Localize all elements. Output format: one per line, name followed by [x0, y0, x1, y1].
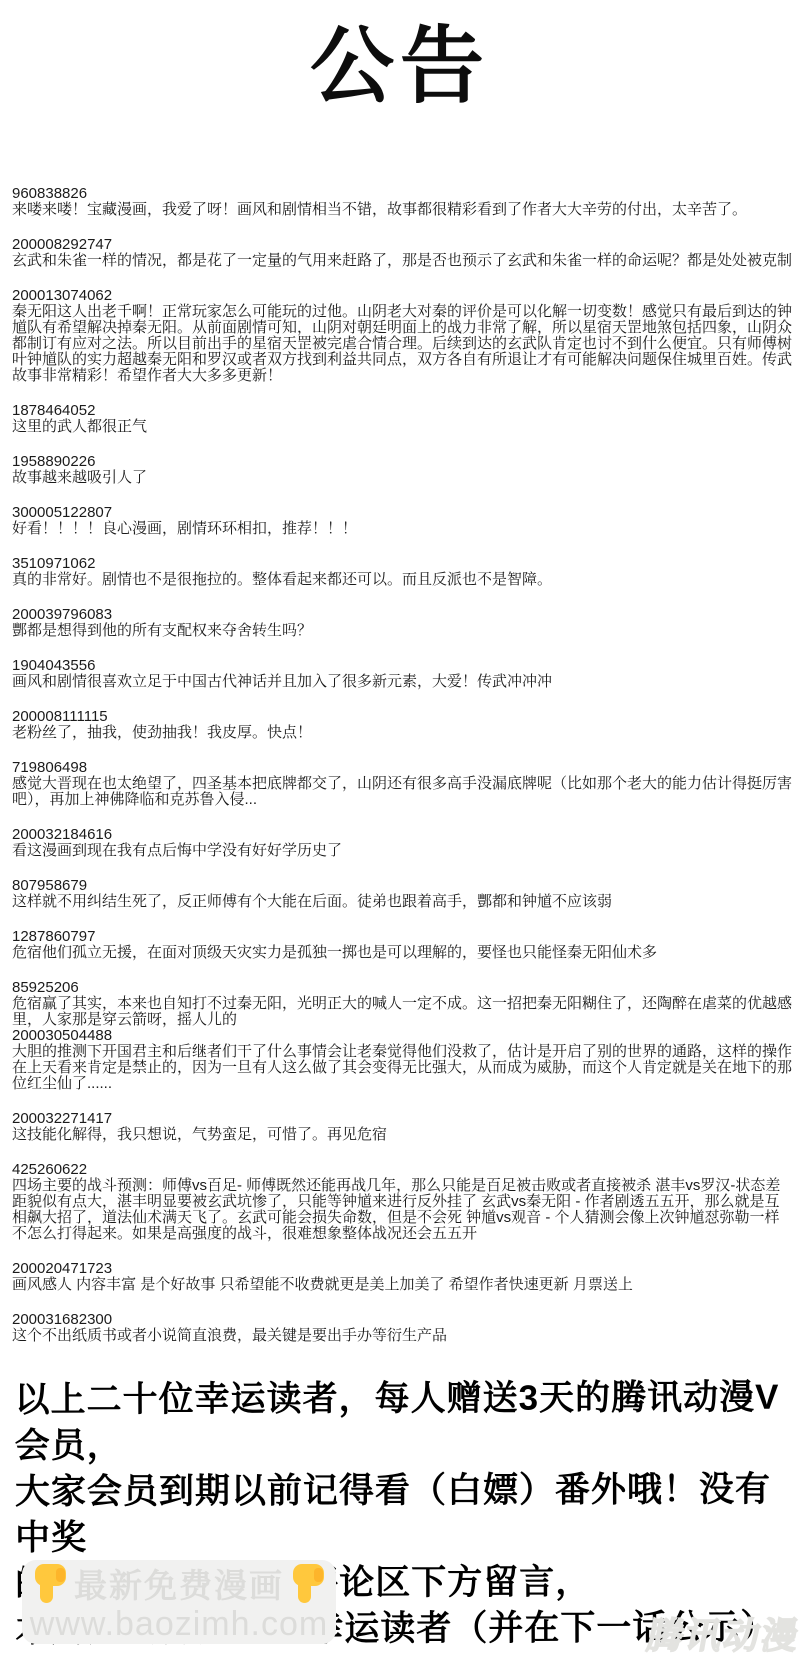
comment-text: 来喽来喽！宝藏漫画，我爱了呀！画风和剧情相当不错，故事都很精彩看到了作者大大辛劳… [12, 202, 792, 218]
tencent-comics-logo: 腾讯动漫 [643, 1608, 800, 1659]
comment-text: 危宿赢了其实，本来也自知打不过秦无阳，光明正大的喊人一定不成。这一招把秦无阳糊住… [12, 996, 792, 1028]
comment-item: 1287860797 危宿他们孤立无援，在面对顶级天灾实力是孤独一掷也是可以理解… [12, 929, 792, 961]
comment-text: 大胆的推测下开国君主和后继者们干了什么事情会让老秦觉得他们没救了，估计是开启了别… [12, 1044, 792, 1092]
comment-user-id: 425260622 [12, 1162, 792, 1178]
comment-item: 1958890226 故事越来越吸引人了 [12, 454, 792, 486]
comment-user-id: 1904043556 [12, 658, 792, 674]
comment-user-id: 200013074062 [12, 288, 792, 304]
comment-item: 1878464052 这里的武人都很正气 [12, 403, 792, 435]
comment-item: 200031682300 这个不出纸质书或者小说简直浪费，最关键是要出手办等衍生… [12, 1312, 792, 1344]
comment-text: 这样就不用纠结生死了，反正师傅有个大能在后面。徒弟也跟着高手，酆都和钟馗不应该弱 [12, 894, 792, 910]
comment-text: 这个不出纸质书或者小说简直浪费，最关键是要出手办等衍生产品 [12, 1328, 792, 1344]
comment-text: 好看！！！！良心漫画，剧情环环相扣，推荐！！！ [12, 521, 792, 537]
comment-item: 200020471723 画风感人 内容丰富 是个好故事 只希望能不收费就更是美… [12, 1261, 792, 1293]
page-title: 公告 [0, 16, 800, 116]
comment-text: 酆都是想得到他的所有支配权来夺舍转生吗？ [12, 623, 792, 639]
comment-user-id: 85925206 [12, 980, 792, 996]
comment-user-id: 1287860797 [12, 929, 792, 945]
comment-user-id: 200032184616 [12, 827, 792, 843]
comment-item: 200032184616 看这漫画到现在我有点后悔中学没有好好学历史了 [12, 827, 792, 859]
watermark-row: 最新免费漫画 [32, 1561, 326, 1605]
watermark-url: www.baozimh.com [30, 1605, 328, 1643]
watermark-label: 最新免费漫画 [74, 1560, 284, 1607]
comment-user-id: 200032271417 [12, 1111, 792, 1127]
comment-item: 807958679 这样就不用纠结生死了，反正师傅有个大能在后面。徒弟也跟着高手… [12, 878, 792, 910]
comment-text: 故事越来越吸引人了 [12, 470, 792, 486]
comment-user-id: 300005122807 [12, 505, 792, 521]
pointing-down-icon [32, 1562, 68, 1604]
comment-item: 200039796083 酆都是想得到他的所有支配权来夺舍转生吗？ [12, 607, 792, 639]
comment-item: 200008292747 玄武和朱雀一样的情况，都是花了一定量的气用来赶路了，那… [12, 237, 792, 269]
comment-text: 看这漫画到现在我有点后悔中学没有好好学历史了 [12, 843, 792, 859]
comment-user-id: 200039796083 [12, 607, 792, 623]
comment-user-id: 200008111115 [12, 709, 792, 725]
comment-item: 300005122807 好看！！！！良心漫画，剧情环环相扣，推荐！！！ [12, 505, 792, 537]
comment-list: 960838826 来喽来喽！宝藏漫画，我爱了呀！画风和剧情相当不错，故事都很精… [12, 186, 792, 1344]
comment-item: 200013074062 秦无阳这人出老千啊！正常玩家怎么可能玩的过他。山阴老大… [12, 288, 792, 384]
comment-text: 四场主要的战斗预测：师傅vs百足- 师傅既然还能再战几年，那么只能是百足被击败或… [12, 1178, 792, 1242]
comment-user-id: 1878464052 [12, 403, 792, 419]
comment-user-id: 200020471723 [12, 1261, 792, 1277]
comment-text: 画风和剧情很喜欢立足于中国古代神话并且加入了很多新元素，大爱！传武冲冲冲 [12, 674, 792, 690]
pointing-down-icon [290, 1562, 326, 1604]
comment-item: 200032271417 这技能化解得，我只想说，气势蛮足，可惜了。再见危宿 [12, 1111, 792, 1143]
comment-user-id: 200030504488 [12, 1028, 792, 1044]
comment-text: 画风感人 内容丰富 是个好故事 只希望能不收费就更是美上加美了 希望作者快速更新… [12, 1277, 792, 1293]
comment-user-id: 200008292747 [12, 237, 792, 253]
comment-text: 老粉丝了，抽我，使劲抽我！我皮厚。快点！ [12, 725, 792, 741]
comment-text: 这里的武人都很正气 [12, 419, 792, 435]
comment-text: 这技能化解得，我只想说，气势蛮足，可惜了。再见危宿 [12, 1127, 792, 1143]
comment-user-id: 200031682300 [12, 1312, 792, 1328]
comment-item: 960838826 来喽来喽！宝藏漫画，我爱了呀！画风和剧情相当不错，故事都很精… [12, 186, 792, 218]
comment-text: 危宿他们孤立无援，在面对顶级天灾实力是孤独一掷也是可以理解的，要怪也只能怪秦无阳… [12, 945, 792, 961]
comment-text: 真的非常好。剧情也不是很拖拉的。整体看起来都还可以。而且反派也不是智障。 [12, 572, 792, 588]
comment-text: 玄武和朱雀一样的情况，都是花了一定量的气用来赶路了，那是否也预示了玄武和朱雀一样… [12, 253, 792, 269]
comment-item: 1904043556 画风和剧情很喜欢立足于中国古代神话并且加入了很多新元素，大… [12, 658, 792, 690]
comment-item: 85925206 危宿赢了其实，本来也自知打不过秦无阳，光明正大的喊人一定不成。… [12, 980, 792, 1028]
watermark: 最新免费漫画 www.baozimh.com [22, 1560, 336, 1644]
comment-item: 719806498 感觉大晋现在也太绝望了，四圣基本把底牌都交了，山阴还有很多高… [12, 760, 792, 808]
lucky-notice-line: 大家会员到期以前记得看（白嫖）番外哦！没有中奖 [15, 1467, 785, 1562]
comment-text: 感觉大晋现在也太绝望了，四圣基本把底牌都交了，山阴还有很多高手没漏底牌呢（比如那… [12, 776, 792, 808]
comment-text: 秦无阳这人出老千啊！正常玩家怎么可能玩的过他。山阴老大对秦的评价是可以化解一切变… [12, 304, 792, 384]
comment-user-id: 807958679 [12, 878, 792, 894]
comment-user-id: 1958890226 [12, 454, 792, 470]
comment-item: 200030504488 大胆的推测下开国君主和后继者们干了什么事情会让老秦觉得… [12, 1028, 792, 1092]
comment-item: 3510971062 真的非常好。剧情也不是很拖拉的。整体看起来都还可以。而且反… [12, 556, 792, 588]
comment-item: 200008111115 老粉丝了，抽我，使劲抽我！我皮厚。快点！ [12, 709, 792, 741]
comment-user-id: 960838826 [12, 186, 792, 202]
comment-item: 425260622 四场主要的战斗预测：师傅vs百足- 师傅既然还能再战几年，那… [12, 1162, 792, 1242]
comment-user-id: 3510971062 [12, 556, 792, 572]
comment-user-id: 719806498 [12, 760, 792, 776]
lucky-notice-line: 以上二十位幸运读者，每人赠送3天的腾讯动漫V会员， [15, 1375, 785, 1470]
